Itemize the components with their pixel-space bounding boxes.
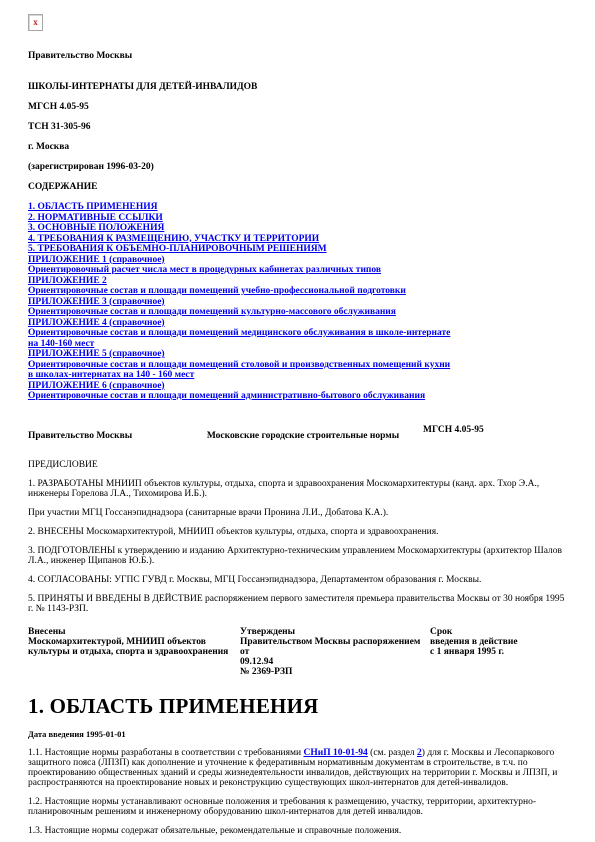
toc-link-appendix-3-desc[interactable]: Ориентировочные состав и площади помещен… bbox=[28, 307, 396, 318]
doc-code-mgsn: МГСН 4.05-95 bbox=[28, 102, 565, 112]
toc-link-appendix-5[interactable]: ПРИЛОЖЕНИЕ 5 (справочное) bbox=[28, 349, 165, 360]
preface-body: 1. РАЗРАБОТАНЫ МНИИП объектов культуры, … bbox=[28, 479, 565, 614]
effective-date: Дата введения 1995-01-01 bbox=[28, 729, 565, 739]
authority-line: Правительство Москвы bbox=[28, 51, 565, 61]
approval-approved-line: 09.12.94 bbox=[240, 657, 430, 667]
band-doc-code: МГСН 4.05-95 bbox=[423, 425, 484, 435]
approval-approved-line: № 2369-РЗП bbox=[240, 667, 430, 677]
toc-link-section-5[interactable]: 5. ТРЕБОВАНИЯ К ОБЪЕМНО-ПЛАНИРОВОЧНЫМ РЕ… bbox=[28, 244, 327, 255]
toc-link-section-1[interactable]: 1. ОБЛАСТЬ ПРИМЕНЕНИЯ bbox=[28, 202, 158, 213]
approval-sent-line: культуры и отдыха, спорта и здравоохране… bbox=[28, 647, 240, 657]
toc-link-appendix-6-desc[interactable]: Ориентировочные состав и площади помещен… bbox=[28, 391, 425, 402]
band-norms-label: Московские городские строительные нормы bbox=[203, 431, 403, 441]
approval-sent-line: Москомархитектурой, МНИИП объектов bbox=[28, 637, 240, 647]
toc-link-appendix-6[interactable]: ПРИЛОЖЕНИЕ 6 (справочное) bbox=[28, 381, 165, 392]
approval-term-column: Срок введения в действие с 1 января 1995… bbox=[430, 627, 565, 677]
preface-paragraph: 2. ВНЕСЕНЫ Москомархитектурой, МНИИП объ… bbox=[28, 527, 565, 537]
approval-term-line: введения в действие bbox=[430, 637, 565, 647]
toc-link-section-4[interactable]: 4. ТРЕБОВАНИЯ К РАЗМЕЩЕНИЮ, УЧАСТКУ И ТЕ… bbox=[28, 234, 319, 245]
document-title: ШКОЛЫ-ИНТЕРНАТЫ ДЛЯ ДЕТЕЙ-ИНВАЛИДОВ bbox=[28, 82, 565, 92]
approval-term-line: Срок bbox=[430, 627, 565, 637]
band-authority: Правительство Москвы bbox=[28, 431, 203, 441]
toc-link-appendix-1[interactable]: ПРИЛОЖЕНИЕ 1 (справочное) bbox=[28, 255, 165, 266]
approval-approved-line: Утверждены bbox=[240, 627, 430, 637]
preface-paragraph: При участии МГЦ Госсанэпиднадзора (санит… bbox=[28, 508, 565, 518]
preface-paragraph: 3. ПОДГОТОВЛЕНЫ к утверждению и изданию … bbox=[28, 546, 565, 566]
section-1-heading: 1. ОБЛАСТЬ ПРИМЕНЕНИЯ bbox=[28, 694, 565, 719]
toc-link-section-3[interactable]: 3. ОСНОВНЫЕ ПОЛОЖЕНИЯ bbox=[28, 223, 164, 234]
paragraph-1-1-text: 1.1. Настоящие нормы разработаны в соотв… bbox=[28, 748, 303, 758]
contents-heading: СОДЕРЖАНИЕ bbox=[28, 182, 565, 192]
running-header-band: Правительство Москвы Московские городски… bbox=[28, 425, 565, 441]
approval-term-line: с 1 января 1995 г. bbox=[430, 647, 565, 657]
doc-code-tsn: ТСН 31-305-96 bbox=[28, 122, 565, 132]
approval-sent-column: Внесены Москомархитектурой, МНИИП объект… bbox=[28, 627, 240, 677]
paragraph-1-3: 1.3. Настоящие нормы содержат обязательн… bbox=[28, 826, 565, 836]
toc-link-appendix-5-desc[interactable]: Ориентировочные состав и площади помещен… bbox=[28, 360, 456, 381]
preface-paragraph: 4. СОГЛАСОВАНЫ: УГПС ГУВД г. Москвы, МГЦ… bbox=[28, 575, 565, 585]
preface-heading: ПРЕДИСЛОВИЕ bbox=[28, 460, 565, 470]
preface-paragraph: 1. РАЗРАБОТАНЫ МНИИП объектов культуры, … bbox=[28, 479, 565, 499]
broken-image-icon: x bbox=[28, 14, 43, 31]
broken-image-x-glyph: x bbox=[33, 18, 38, 27]
approval-approved-column: Утверждены Правительством Москвы распоря… bbox=[240, 627, 430, 677]
paragraph-1-2: 1.2. Настоящие нормы устанавливают основ… bbox=[28, 797, 565, 817]
toc-link-section-2[interactable]: 2. НОРМАТИВНЫЕ ССЫЛКИ bbox=[28, 213, 163, 224]
paragraph-1-1-text: (см. раздел bbox=[368, 748, 417, 758]
doc-city: г. Москва bbox=[28, 142, 565, 152]
toc-link-appendix-4[interactable]: ПРИЛОЖЕНИЕ 4 (справочное) bbox=[28, 318, 165, 329]
approval-approved-line: Правительством Москвы распоряжением от bbox=[240, 637, 430, 657]
doc-registered: (зарегистрирован 1996-03-20) bbox=[28, 162, 565, 172]
toc-link-appendix-2-desc[interactable]: Ориентировочные состав и площади помещен… bbox=[28, 286, 406, 297]
approval-sent-line: Внесены bbox=[28, 627, 240, 637]
paragraph-1-1: 1.1. Настоящие нормы разработаны в соотв… bbox=[28, 748, 565, 788]
toc-link-appendix-4-desc[interactable]: Ориентировочные состав и площади помещен… bbox=[28, 328, 456, 349]
preface-paragraph: 5. ПРИНЯТЫ И ВВЕДЕНЫ В ДЕЙСТВИЕ распоряж… bbox=[28, 594, 565, 614]
toc-link-appendix-2[interactable]: ПРИЛОЖЕНИЕ 2 bbox=[28, 276, 107, 287]
toc-link-appendix-3[interactable]: ПРИЛОЖЕНИЕ 3 (справочное) bbox=[28, 297, 165, 308]
table-of-contents: 1. ОБЛАСТЬ ПРИМЕНЕНИЯ 2. НОРМАТИВНЫЕ ССЫ… bbox=[28, 202, 565, 402]
toc-link-appendix-1-desc[interactable]: Ориентировочный расчет числа мест в проц… bbox=[28, 265, 381, 276]
approval-table: Внесены Москомархитектурой, МНИИП объект… bbox=[28, 627, 565, 677]
document-masthead: Правительство Москвы ШКОЛЫ-ИНТЕРНАТЫ ДЛЯ… bbox=[28, 51, 565, 192]
snip-10-01-94-link[interactable]: СНиП 10-01-94 bbox=[303, 748, 367, 758]
